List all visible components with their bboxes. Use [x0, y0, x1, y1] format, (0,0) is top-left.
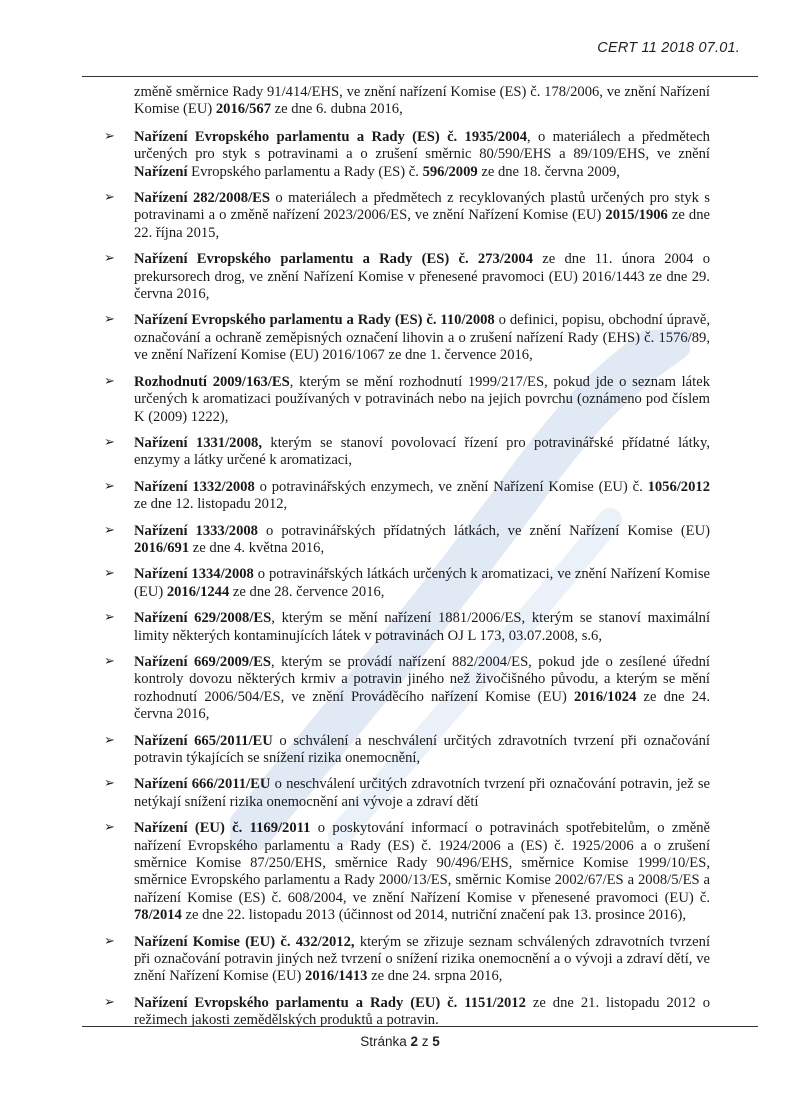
list-item: ➢Nařízení Komise (EU) č. 432/2012, který…: [104, 934, 710, 986]
current-page: 2: [410, 1034, 418, 1049]
page-footer: Stránka 2 z 5: [0, 1034, 800, 1049]
arrow-bullet-icon: ➢: [104, 819, 115, 836]
list-item: ➢Nařízení 1332/2008 o potravinářských en…: [104, 479, 710, 514]
document-body: změně směrnice Rady 91/414/EHS, ve znění…: [104, 84, 710, 1039]
footer-divider: [82, 1026, 758, 1027]
arrow-bullet-icon: ➢: [104, 732, 115, 749]
continuation-paragraph: změně směrnice Rady 91/414/EHS, ve znění…: [134, 84, 710, 119]
list-item: ➢Nařízení 666/2011/EU o neschválení urči…: [104, 776, 710, 811]
list-item: ➢Nařízení 669/2009/ES, kterým se provádí…: [104, 654, 710, 724]
list-item: ➢Rozhodnutí 2009/163/ES, kterým se mění …: [104, 374, 710, 426]
arrow-bullet-icon: ➢: [104, 653, 115, 670]
arrow-bullet-icon: ➢: [104, 128, 115, 145]
arrow-bullet-icon: ➢: [104, 522, 115, 539]
list-item: ➢Nařízení Evropského parlamentu a Rady (…: [104, 129, 710, 181]
list-item: ➢Nařízení 1333/2008 o potravinářských př…: [104, 523, 710, 558]
page-separator: z: [422, 1034, 429, 1049]
total-pages: 5: [432, 1034, 440, 1049]
list-item: ➢Nařízení Evropského parlamentu a Rady (…: [104, 251, 710, 303]
list-item: ➢Nařízení 1334/2008 o potravinářských lá…: [104, 566, 710, 601]
arrow-bullet-icon: ➢: [104, 373, 115, 390]
arrow-bullet-icon: ➢: [104, 565, 115, 582]
arrow-bullet-icon: ➢: [104, 933, 115, 950]
list-item: ➢Nařízení 1331/2008, kterým se stanoví p…: [104, 435, 710, 470]
arrow-bullet-icon: ➢: [104, 775, 115, 792]
arrow-bullet-icon: ➢: [104, 609, 115, 626]
arrow-bullet-icon: ➢: [104, 994, 115, 1011]
list-item: ➢Nařízení Evropského parlamentu a Rady (…: [104, 312, 710, 364]
arrow-bullet-icon: ➢: [104, 311, 115, 328]
regulation-list: ➢Nařízení Evropského parlamentu a Rady (…: [104, 129, 710, 1030]
arrow-bullet-icon: ➢: [104, 434, 115, 451]
page-label: Stránka: [360, 1034, 407, 1049]
list-item: ➢Nařízení 282/2008/ES o materiálech a př…: [104, 190, 710, 242]
header-divider: [82, 76, 758, 77]
arrow-bullet-icon: ➢: [104, 189, 115, 206]
list-item: ➢Nařízení Evropského parlamentu a Rady (…: [104, 995, 710, 1030]
arrow-bullet-icon: ➢: [104, 250, 115, 267]
list-item: ➢Nařízení 665/2011/EU o schválení a nesc…: [104, 733, 710, 768]
document-reference: CERT 11 2018 07.01.: [597, 40, 740, 56]
list-item: ➢Nařízení (EU) č. 1169/2011 o poskytován…: [104, 820, 710, 924]
list-item: ➢Nařízení 629/2008/ES, kterým se mění na…: [104, 610, 710, 645]
arrow-bullet-icon: ➢: [104, 478, 115, 495]
